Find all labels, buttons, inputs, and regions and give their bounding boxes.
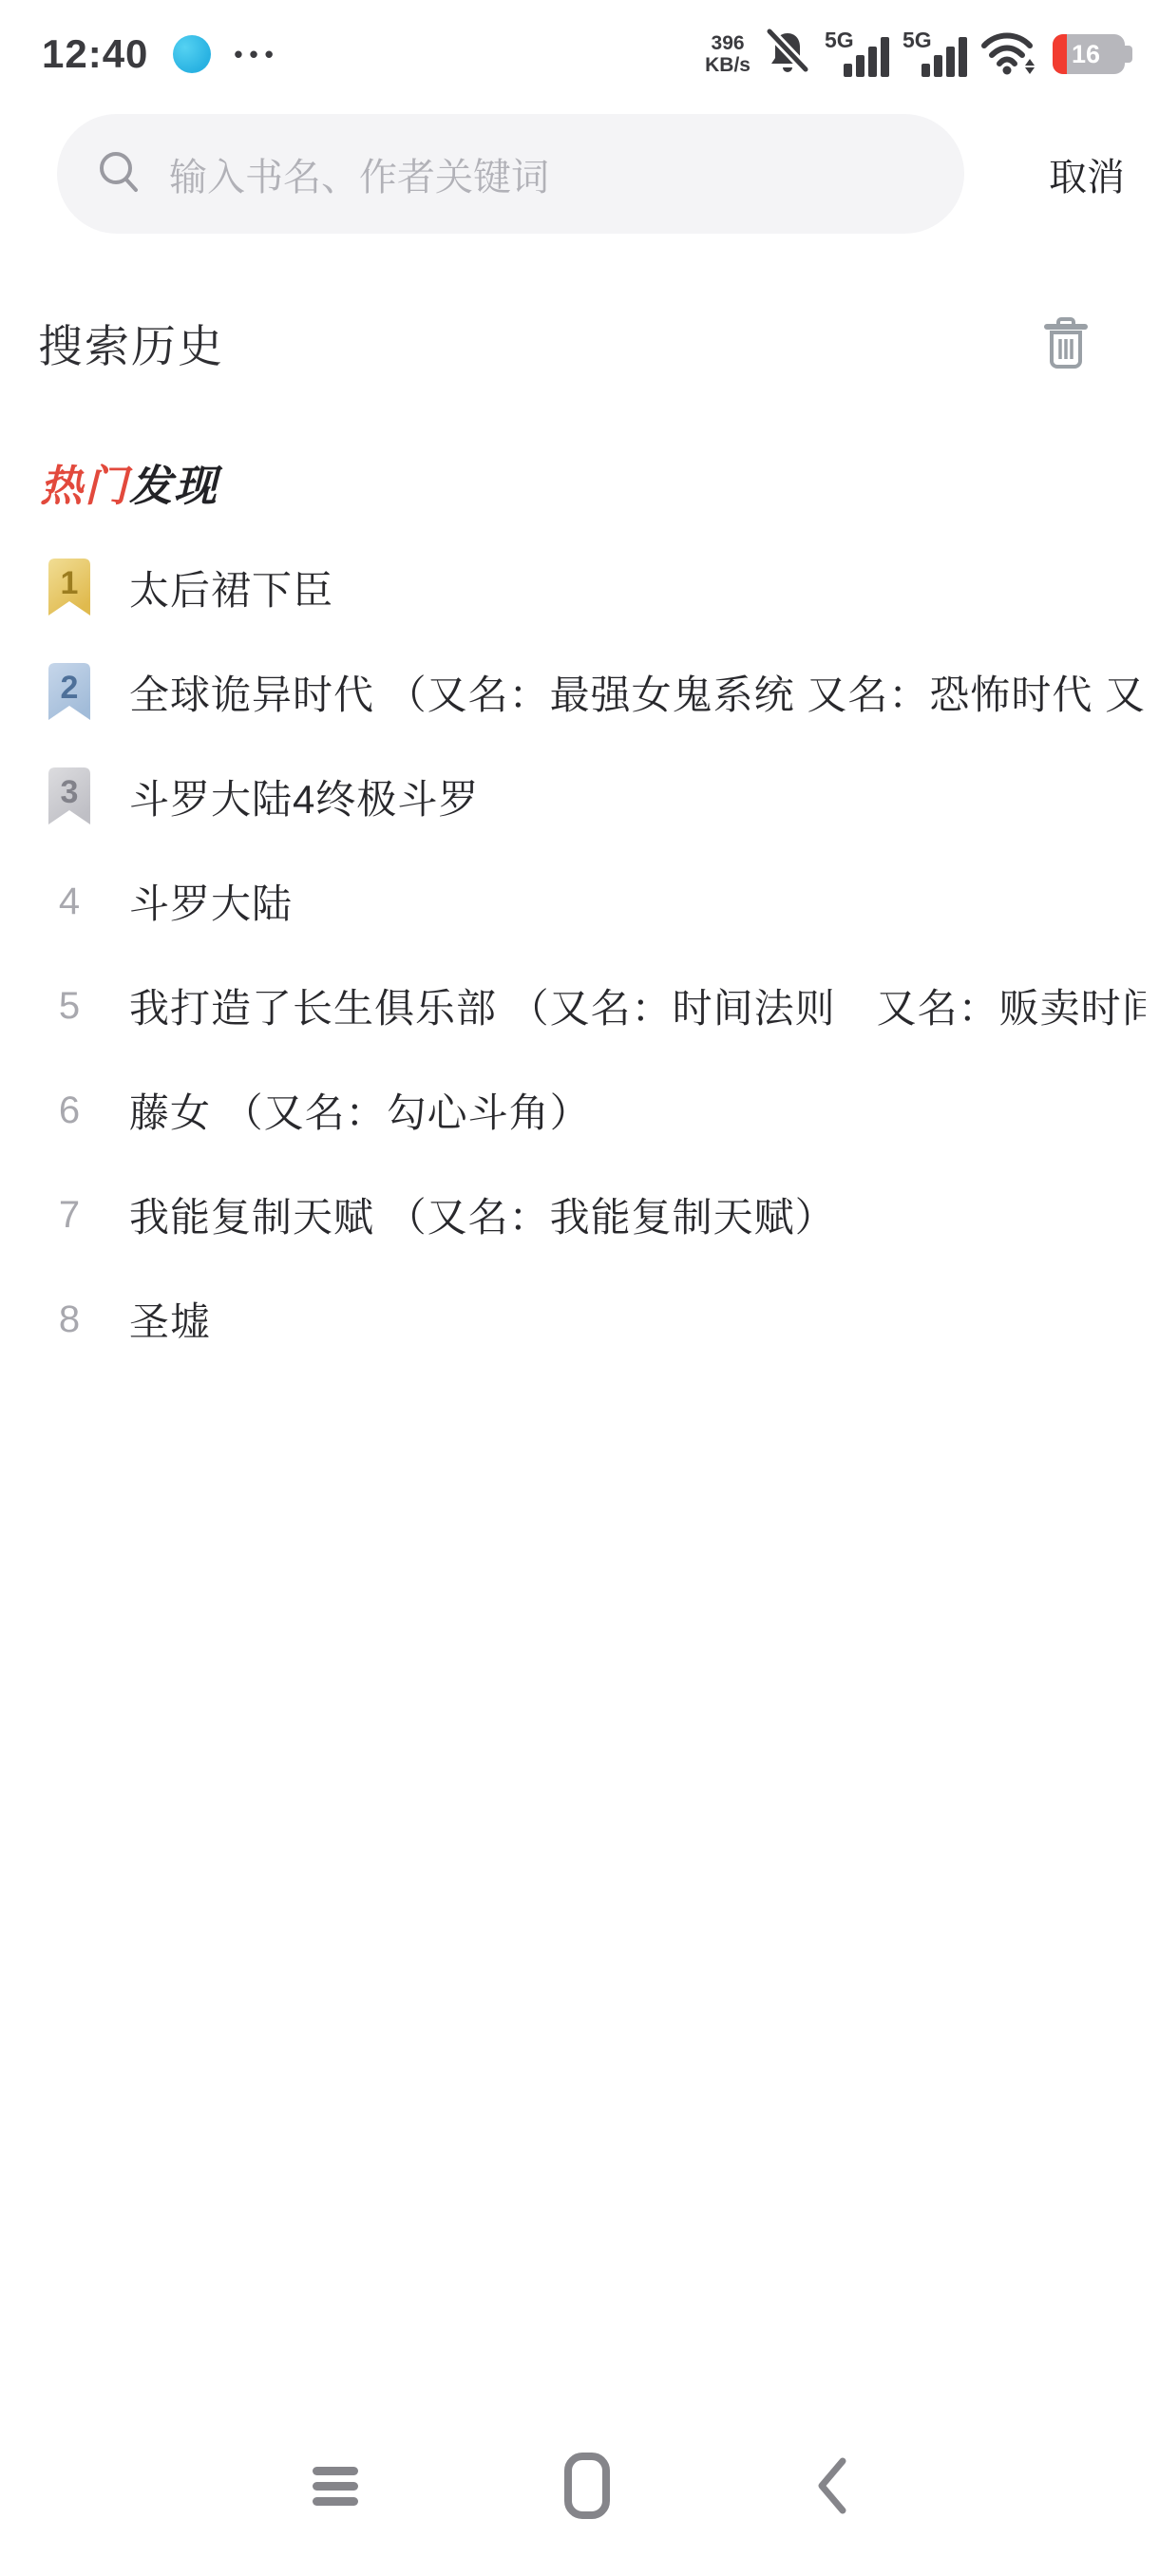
rank-badge: 7	[47, 1184, 91, 1245]
notification-app-icon	[173, 35, 211, 73]
hot-title-highlight: 热门	[40, 462, 129, 510]
network-speed: 396 KB/s	[705, 32, 750, 76]
back-icon	[812, 2455, 850, 2516]
hot-list-item[interactable]: 6 藤女 （又名：勾心斗角）	[0, 1058, 1159, 1163]
sim1-signal: 5G	[825, 28, 889, 81]
recents-button[interactable]	[309, 2461, 362, 2510]
cancel-button[interactable]: 取消	[1049, 147, 1125, 201]
book-title: 我能复制天赋 （又名：我能复制天赋）	[129, 1186, 836, 1243]
book-title: 我打造了长生俱乐部 （又名：时间法则 又名：贩卖时间…	[129, 977, 1146, 1034]
rank-badge: 1	[47, 558, 91, 618]
rank-number: 8	[59, 1298, 80, 1341]
hot-list-item[interactable]: 5 我打造了长生俱乐部 （又名：时间法则 又名：贩卖时间…	[0, 954, 1159, 1058]
battery-nub	[1125, 46, 1132, 63]
rank-number: 7	[59, 1194, 80, 1237]
rank-badge: 6	[47, 1080, 91, 1141]
signal-bars-icon	[844, 37, 889, 77]
hot-list-item[interactable]: 3 斗罗大陆4终极斗罗	[0, 745, 1159, 849]
clock: 12:40	[42, 31, 148, 77]
android-nav-bar	[0, 2396, 1159, 2576]
hot-discovery-title: 热门发现	[40, 451, 1159, 513]
wifi-icon	[980, 28, 1039, 81]
bell-slash-icon	[764, 28, 811, 82]
rank-number: 2	[61, 670, 79, 707]
network-speed-value: 396	[705, 32, 750, 54]
hot-list-item[interactable]: 8 圣墟	[0, 1267, 1159, 1372]
search-history-section: 搜索历史	[38, 312, 1092, 375]
book-title: 全球诡异时代 （又名：最强女鬼系统 又名：恐怖时代 又…	[129, 664, 1146, 721]
network-speed-unit: KB/s	[705, 54, 750, 76]
recents-icon	[309, 2461, 362, 2510]
rank-badge: 8	[47, 1289, 91, 1350]
magnifier-icon	[95, 147, 144, 201]
search-header: 输入书名、作者关键词 取消	[57, 114, 1125, 234]
hot-list-item[interactable]: 4 斗罗大陆	[0, 849, 1159, 954]
rank-number: 4	[59, 881, 80, 923]
hot-title-rest: 发现	[129, 462, 218, 510]
book-title: 藤女 （又名：勾心斗角）	[129, 1082, 591, 1139]
search-history-title: 搜索历史	[38, 312, 224, 375]
search-input[interactable]: 输入书名、作者关键词	[57, 114, 964, 234]
rank-number: 5	[59, 985, 80, 1028]
battery-indicator: 16	[1053, 34, 1125, 74]
hot-discovery-list: 1 太后裙下臣 2 全球诡异时代 （又名：最强女鬼系统 又名：恐怖时代 又… 3…	[0, 536, 1159, 1372]
rank-badge: 2	[47, 662, 91, 723]
hot-list-item[interactable]: 1 太后裙下臣	[0, 536, 1159, 640]
hot-list-item[interactable]: 7 我能复制天赋 （又名：我能复制天赋）	[0, 1163, 1159, 1267]
more-notifications-icon: •••	[234, 40, 279, 69]
rank-badge: 5	[47, 975, 91, 1036]
book-title: 圣墟	[129, 1291, 211, 1348]
book-title: 斗罗大陆	[129, 873, 293, 930]
status-bar: 12:40 ••• 396 KB/s 5G 5G	[0, 0, 1159, 95]
sim2-signal: 5G	[902, 28, 967, 81]
rank-number: 6	[59, 1089, 80, 1132]
rank-number: 1	[61, 565, 79, 602]
home-icon	[563, 2452, 611, 2520]
rank-number: 3	[61, 774, 79, 811]
battery-percent: 16	[1053, 40, 1125, 69]
hot-list-item[interactable]: 2 全球诡异时代 （又名：最强女鬼系统 又名：恐怖时代 又…	[0, 640, 1159, 745]
clear-history-button[interactable]	[1039, 315, 1092, 372]
rank-badge: 4	[47, 871, 91, 932]
home-button[interactable]	[563, 2452, 611, 2520]
book-title: 斗罗大陆4终极斗罗	[129, 768, 479, 825]
signal-bars-icon	[921, 37, 967, 77]
back-button[interactable]	[812, 2455, 850, 2516]
rank-badge: 3	[47, 767, 91, 827]
trash-icon	[1039, 315, 1092, 372]
book-title: 太后裙下臣	[129, 559, 333, 616]
search-placeholder: 输入书名、作者关键词	[169, 147, 549, 201]
